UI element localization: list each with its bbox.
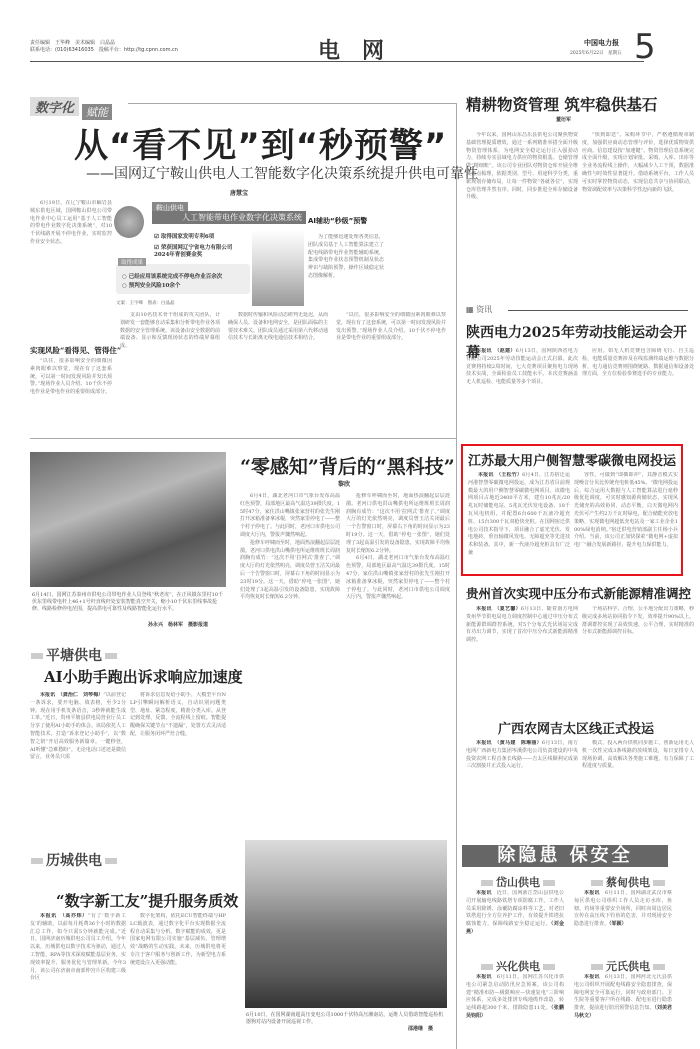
yuanshi-text: 本报讯 6月13日，国网河北元氏县供电公司组织开展配电线路安全隐患排查，保障电网… [574, 974, 672, 1036]
news-section-label: ▦ 资讯 [466, 304, 492, 315]
column-divider [456, 103, 457, 1049]
daishan-text: 本报讯 近日，国网浙江岱山县供电公司开展输电线路铁塔专项防腐工作。工作人员采用除… [466, 890, 564, 960]
zero-sense-column-2: 抢修车呼啸而至时，地面热浪翻起层层涟漪。老河口供电洪山嘴供电所运维班班长周润润胸… [346, 493, 450, 838]
jiangsu-headline: 江苏最大用户侧智慧零碳微电网投运 [468, 450, 676, 469]
news-label-rule [508, 310, 688, 311]
safety-label-daishan: 岱山供电 [478, 874, 558, 890]
safety-banner: 除隐患 保安全 [462, 845, 668, 867]
infographic-illustration [252, 230, 304, 306]
lead-headline: 从“看不见”到“秒预警” [74, 118, 447, 167]
lead-bottom-divider [30, 438, 456, 439]
results-label: 取得成果 [118, 258, 146, 266]
infographic-title: 人工智能带电作业数字化决策系统 [152, 211, 306, 224]
infographic-credit: 文案：王字峰 图表：白晶晶 [116, 300, 175, 306]
guangxi-column-2: 模式，投入两台供机同步施工，创新运用无人机一次性完成3条线路的放线架设，每日安排… [582, 740, 694, 838]
contact: 联系电话：(010)63416035 投稿平台：http://tg.cpnn.c… [30, 47, 178, 54]
lead-column-4: 数据时传输和风险动态研判无延迟，从而确保人员、设备和电网安全，是团队面临的主要技… [228, 312, 328, 432]
lead-subheadline: ——国网辽宁鞍山供电人工智能数字化决策系统提升供电可靠性 [86, 163, 478, 183]
paper-name: 中国电力报 [584, 38, 619, 48]
issue-date: 2025年6月22日 星期五 [570, 50, 622, 56]
pingtang-column-2: 将诉求信息发给小助手，大模型平台NLP引擎瞬间解析语义，自动识别问题类型、地址、… [130, 692, 226, 800]
photo-2-caption: 6月10日，在国网湖南超高压变电公司1000千伏特高压湘南站，运维人员借助智能巡… [246, 1012, 446, 1026]
lead-column-6: “以往，很多影响安全的细微因素肉眼难以察觉，现在有了这套系统，可以第一时间发现风… [336, 312, 446, 432]
zero-sense-column-1: 6月4日，湖北老河口市气象台发布高温红色预警，局部地区最高气温达39摄氏度。15… [240, 493, 340, 838]
zero-sense-author: 黎欣 [338, 479, 350, 488]
lead-column-1: 6月19日，在辽宁鞍山市岫岩县城东供电区域，国网鞍山供电公司带电作业中心员工运用… [30, 200, 112, 332]
subhead-risk-visible: 实现风险“看得见、管得住” [30, 345, 121, 356]
lead-column-2: “以往，很多影响安全的细微因素肉眼难以察觉，现在有了这套系统，可以第一时间发现风… [30, 358, 112, 432]
section-label-licheng: 历城供电 [28, 850, 120, 870]
lead-column-5: 为了能够迅速处理各类信息，团队成员基于人工智能算法建立了配电线路带电作业智能辅助… [308, 234, 384, 310]
guizhou-headline: 贵州首次实现中压分布式新能源精准调控 [466, 584, 691, 602]
masthead-info: 责任编辑 王华峰 美术编辑 白晶晶 联系电话：(010)63416035 投稿平… [30, 40, 178, 54]
award-1: ☑ 取得国家发明专利6项 [154, 232, 214, 240]
subhead-ai-warning: AI辅助“秒级”预警 [308, 216, 367, 226]
licheng-headline: “数字新工友”提升服务质效 [56, 890, 238, 911]
safety-label-yuanshi: 元氏供电 [588, 958, 668, 974]
infographic: 鞍山供电 人工智能带电作业数字化决策系统 ☑ 取得国家发明专利6项 ☑ 荣获国网… [112, 200, 308, 310]
licheng-column-1: 本报讯 （高亦炜）“有了‘数字新工友’的辅助，以前每月耗费36个小时的数据汇总工… [30, 913, 126, 1023]
jiangsu-column-1: 本报讯 （王松竹）6月4日，江苏宿迁运河港智慧零碳微电网投运，成为江苏省目前规模… [468, 472, 570, 572]
materials-author: 董衍军 [556, 116, 571, 123]
lead-author: 唐慧宝 [230, 188, 248, 197]
page-number: 5 [634, 30, 656, 64]
results-box: 取得成果 ○ 已经应用该系统完成不停电作业百余次 ○ 预判安全风险10余个 [116, 264, 250, 294]
result-2: ○ 预判安全风险10余个 [122, 281, 180, 289]
safety-label-caidian: 蔡甸供电 [588, 874, 668, 890]
result-1: ○ 已经应用该系统完成不停电作业百余次 [122, 272, 222, 280]
photo-1-caption: 6月14日，国网江苏泰州市供电公司带电作业人员登线“秋老虎”，在正风镇东里村10… [32, 592, 226, 613]
lead-column-3: 支由10名技术骨干组成的攻关团队，计划研发一套能够自动采集和分析带电作业各项数据… [120, 312, 220, 432]
photo-substation-robot-dog [245, 840, 447, 1008]
safety-label-xinghua: 兴化供电 [478, 958, 558, 974]
guizhou-column-1: 本报讯 （夏艺馨）6月13日，随着南方电网贵州毕节供电局电力调度控制中心通过中压… [466, 606, 578, 706]
caidian-text: 本报讯 6月11日，国网湖北武汉市蔡甸区供电公司组织工作人员走访水库、鱼塘、钓场… [574, 890, 672, 960]
pingtang-headline: AI小助手跑出诉求响应加速度 [44, 666, 243, 687]
editors: 责任编辑 王华峰 美术编辑 白晶晶 [30, 40, 178, 47]
licheng-column-2: 数字化架构，依托ECU智能终端与HPLC载波表，通过数字化平台实现数据全流程自动… [130, 913, 226, 1023]
xinghua-text: 本报讯 6月11日，国网江苏兴化市供电公司紧急启动防汛应急预案，该公司构建“精准… [466, 974, 564, 1036]
section-label-pingtang: 平塘供电 [28, 645, 120, 665]
mascot-icon [114, 206, 144, 238]
shaanxi-column-2: 应用。如无人机竞赛包含障碍飞行、自主巡检，电能质量竞赛涉及在线监测终端运维与数据… [582, 348, 694, 443]
guangxi-headline: 广西农网吉太区线正式投运 [498, 718, 654, 737]
photo-1-credit: 孙永兴 杨林军 摄影报道 [148, 621, 208, 628]
jiangsu-column-2: 容性，可做到“即插即冲”，其静音模式实现噪音分贝比传统充电桩低45%。“微电网投… [574, 472, 678, 572]
pingtang-column-1: 本报讯 （龚治仁 刘琴梅）“以前登记一条诉求，要开电脑、填表格，至少2分钟。现在… [30, 692, 126, 800]
materials-headline: 精耕物资管理 筑牢稳供基石 [466, 93, 657, 115]
photo-2-credit: 邵港继 摄 [408, 1025, 433, 1032]
materials-column-1: 今年以来，国网山东昌乐县供电公司聚焦物资基础管理提质增效，通过一系列精准举措全面… [466, 132, 578, 292]
zero-sense-headline: “零感知”背后的“黑科技” [240, 452, 455, 479]
kicker-digital: 数字化 [30, 97, 79, 116]
materials-column-2: “快到即送”。采购环节中，严格遵循规章制度，加强供应商动态管理与评价，选择优质物… [582, 132, 694, 292]
news-icon: ▦ [466, 304, 474, 314]
guangxi-column-1: 本报讯 （黄马建 陈琳丽）6月13日，南方电网广西新电力集团岑溪供电公司负责建设… [466, 740, 578, 838]
right-top-divider [462, 61, 642, 62]
photo-live-line-work [30, 452, 226, 587]
award-2: ☑ 荣获国网辽宁省电力有限公司2024年青创赛金奖 [154, 245, 234, 259]
shaanxi-column-1: 本报讯 （赵建）6月13日，国网陕西省电力有限公司2025年劳动技能运动会正式启… [466, 348, 578, 443]
lead-box-top-border [128, 103, 456, 104]
guizhou-column-2: 个场站科学、合理、公平地分配出力策略，秒级完成多场站协同指令下发，效率提升90%… [582, 606, 694, 706]
